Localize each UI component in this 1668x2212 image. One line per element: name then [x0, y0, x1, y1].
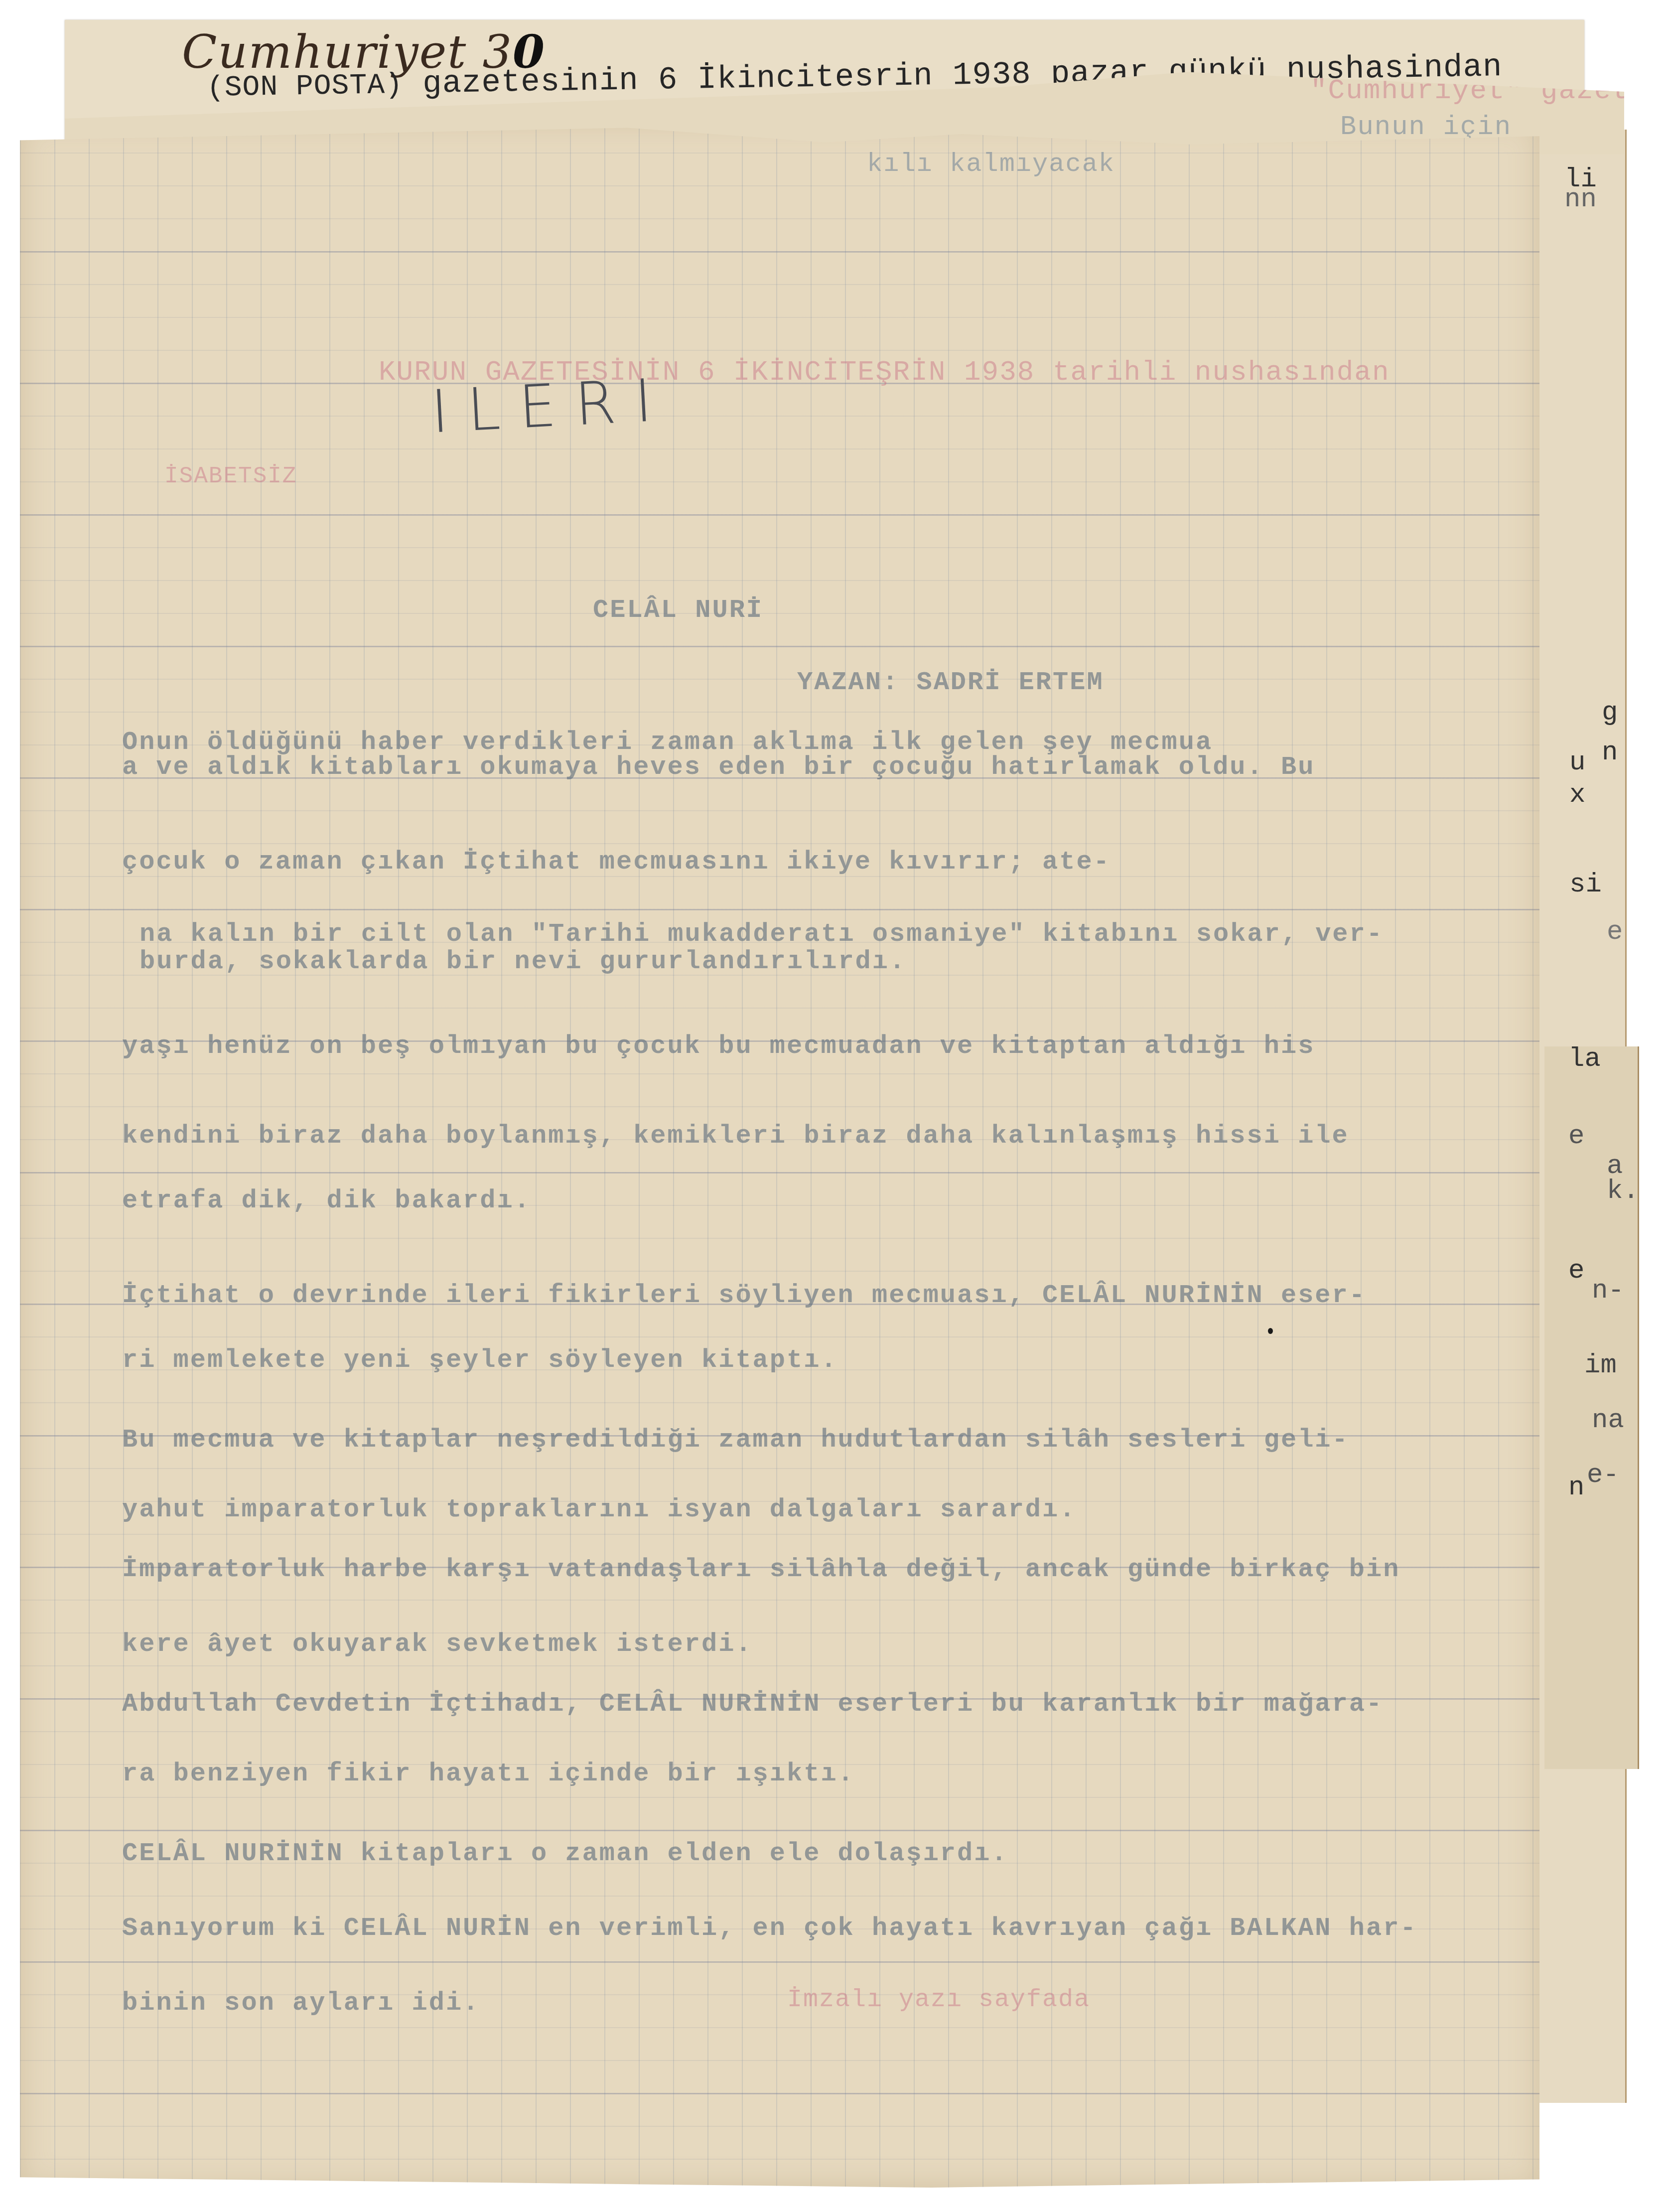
paren-open: (	[207, 72, 225, 105]
edge-fragment: na	[1592, 1405, 1624, 1436]
edge-fragment: g	[1602, 698, 1618, 728]
edge-fragment: n	[1602, 737, 1618, 768]
edge-fragment: n	[1568, 1473, 1584, 1503]
body-line: etrafa dik, dik bakardı.	[122, 1186, 531, 1215]
edge-fragment: x	[1569, 780, 1585, 810]
edge-fragment: e	[1607, 917, 1623, 947]
edge-fragment: e-	[1587, 1460, 1619, 1490]
ghost-text-top: kılı kalmıyacak	[867, 149, 1115, 179]
body-line: İmparatorluk harbe karşı vatandaşları si…	[122, 1555, 1400, 1584]
body-line: ra benziyen fikir hayatı içinde bir ışık…	[122, 1759, 855, 1788]
edge-fragment: la	[1568, 1044, 1601, 1074]
edge-fragment: e	[1568, 1256, 1584, 1286]
body-line: ri memlekete yeni şeyler söyleyen kitapt…	[122, 1345, 838, 1375]
body-line: CELÂL NURİNİN kitapları o zaman elden el…	[122, 1839, 1008, 1868]
body-line: kere âyet okuyarak sevketmek isterdi.	[122, 1629, 753, 1659]
edge-fragment: si	[1569, 870, 1602, 900]
edge-fragment: e	[1568, 1121, 1584, 1152]
ghost-heading-red: KURUN GAZETESİNİN 6 İKİNCİTEŞRİN 1938 ta…	[379, 356, 1390, 388]
body-line: İçtihat o devrinde ileri fikirleri söyli…	[122, 1281, 1366, 1310]
edge-fragment: n-	[1592, 1276, 1624, 1306]
ink-spot	[1268, 1328, 1273, 1334]
body-line: binin son ayları idi.	[122, 1988, 480, 2018]
body-line: çocuk o zaman çıkan İçtihat mecmuasını i…	[122, 847, 1111, 877]
edge-fragment: im	[1584, 1350, 1617, 1381]
body-line: na kalın bir cilt olan "Tarihi mukaddera…	[139, 919, 1384, 949]
body-line: yaşı henüz on beş olmıyan bu çocuk bu me…	[122, 1032, 1315, 1061]
body-line: Sanıyorum ki CELÂL NURİN en verimli, en …	[122, 1914, 1417, 1943]
article-title: CELÂL NURİ	[593, 595, 763, 625]
body-line: Abdullah Cevdetin İçtihadı, CELÂL NURİNİ…	[122, 1689, 1383, 1719]
article-byline: YAZAN: SADRİ ERTEM	[797, 668, 1104, 697]
edge-fragment: u	[1569, 747, 1585, 778]
body-line: yahut imparatorluk topraklarını isyan da…	[122, 1495, 1076, 1524]
edge-fragment: k.	[1607, 1176, 1639, 1206]
body-line: burda, sokaklarda bir nevi gururlandırıl…	[139, 947, 906, 976]
source-newspaper: SON POSTA	[224, 69, 385, 104]
body-line: kendini biraz daha boylanmış, kemikleri …	[122, 1121, 1349, 1151]
body-line: Bu mecmua ve kitaplar neşredildiği zaman…	[122, 1425, 1349, 1455]
body-line: a ve aldık kitabları okumaya heves eden …	[122, 752, 1315, 782]
front-sheet: kılı kalmıyacak ILERI KURUN GAZETESİNİN …	[20, 120, 1539, 2188]
paren-close: )	[385, 69, 404, 102]
ghost-footer-red: İmzalı yazı sayfada	[787, 1986, 1090, 2014]
edge-fragment: nn	[1564, 184, 1597, 215]
ghost-subheading-red: İSABETSİZ	[164, 463, 297, 489]
